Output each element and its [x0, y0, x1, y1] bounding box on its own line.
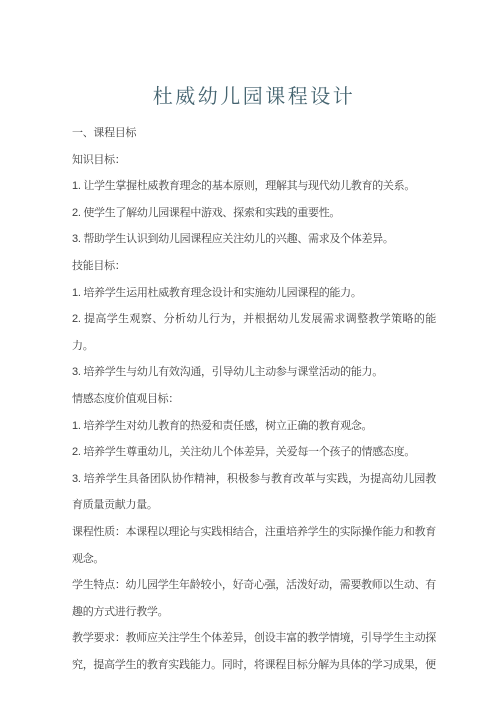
paragraph: 教学要求：教师应关注学生个体差异，创设丰富的教学情境，引导学生主动探究，提高学生… [72, 625, 436, 678]
paragraph: 技能目标： [72, 253, 436, 280]
paragraph: 课程性质：本课程以理论与实践相结合，注重培养学生的实际操作能力和教育观念。 [72, 519, 436, 572]
paragraph: 1. 让学生掌握杜威教育理念的基本原则，理解其与现代幼儿教育的关系。 [72, 173, 436, 200]
paragraph: 1. 培养学生对幼儿教育的热爱和责任感，树立正确的教育观念。 [72, 413, 436, 440]
paragraph: 知识目标： [72, 147, 436, 174]
paragraph: 学生特点：幼儿园学生年龄较小，好奇心强，活泼好动，需要教师以生动、有趣的方式进行… [72, 572, 436, 625]
paragraph: 2. 培养学生尊重幼儿，关注幼儿个体差异，关爱每一个孩子的情感态度。 [72, 439, 436, 466]
document-body: 杜威幼儿园课程设计 一、课程目标知识目标：1. 让学生掌握杜威教育理念的基本原则… [0, 0, 500, 678]
document-page: 杜威幼儿园课程设计 一、课程目标知识目标：1. 让学生掌握杜威教育理念的基本原则… [0, 0, 500, 707]
paragraph: 2. 使学生了解幼儿园课程中游戏、探索和实践的重要性。 [72, 200, 436, 227]
paragraph: 1. 培养学生运用杜威教育理念设计和实施幼儿园课程的能力。 [72, 280, 436, 307]
paragraph-list: 一、课程目标知识目标：1. 让学生掌握杜威教育理念的基本原则，理解其与现代幼儿教… [72, 120, 436, 678]
paragraph: 3. 培养学生具备团队协作精神，积极参与教育改革与实践，为提高幼儿园教育质量贡献… [72, 466, 436, 519]
paragraph: 3. 培养学生与幼儿有效沟通，引导幼儿主动参与课堂活动的能力。 [72, 359, 436, 386]
paragraph: 3. 帮助学生认识到幼儿园课程应关注幼儿的兴趣、需求及个体差异。 [72, 226, 436, 253]
paragraph: 情感态度价值观目标： [72, 386, 436, 413]
paragraph: 2. 提高学生观察、分析幼儿行为，并根据幼儿发展需求调整教学策略的能力。 [72, 306, 436, 359]
document-title: 杜威幼儿园课程设计 [72, 84, 436, 110]
paragraph: 一、课程目标 [72, 120, 436, 147]
